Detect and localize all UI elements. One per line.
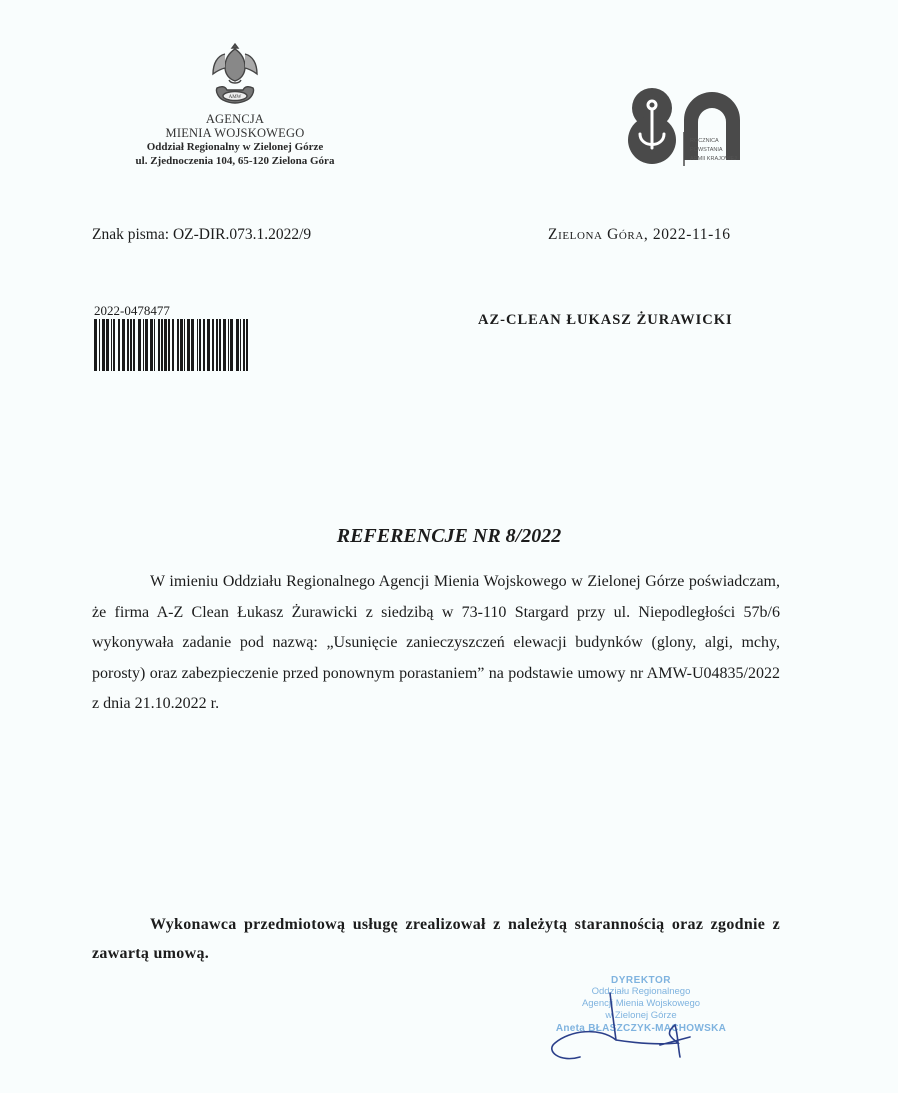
80-anniversary-logo-icon: ROCZNICA POWSTANIA ARMII KRAJOWEJ [622, 78, 772, 168]
agency-name-line1: AGENCJA [100, 112, 370, 126]
barcode-number: 2022-0478477 [94, 303, 170, 319]
document-reference: Znak pisma: OZ-DIR.073.1.2022/9 [92, 226, 311, 244]
svg-text:AMW: AMW [229, 95, 242, 100]
agency-address: ul. Zjednoczenia 104, 65-120 Zielona Gór… [100, 154, 370, 168]
handwritten-signature-icon [540, 985, 740, 1065]
barcode-icon [94, 319, 248, 371]
agency-letterhead: AMW AGENCJA MIENIA WOJSKOWEGO Oddział Re… [100, 40, 370, 168]
svg-text:ROCZNICA: ROCZNICA [690, 138, 719, 144]
reference-body-paragraph: W imieniu Oddziału Regionalnego Agencji … [92, 567, 780, 720]
svg-text:ARMII KRAJOWEJ: ARMII KRAJOWEJ [690, 156, 737, 162]
svg-text:POWSTANIA: POWSTANIA [690, 147, 723, 153]
eagle-emblem-icon: AMW [209, 40, 261, 110]
reference-value: OZ-DIR.073.1.2022/9 [173, 226, 311, 243]
recipient-name: AZ-CLEAN ŁUKASZ ŻURAWICKI [478, 312, 733, 329]
reference-label: Znak pisma: [92, 226, 169, 243]
agency-branch: Oddział Regionalny w Zielonej Górze [100, 140, 370, 154]
document-title: REFERENCJE NR 8/2022 [0, 525, 898, 548]
place-and-date: Zielona Góra, 2022-11-16 [548, 226, 731, 244]
agency-name-line2: MIENIA WOJSKOWEGO [100, 126, 370, 140]
closing-statement: Wykonawca przedmiotową usługę zrealizowa… [92, 910, 780, 968]
